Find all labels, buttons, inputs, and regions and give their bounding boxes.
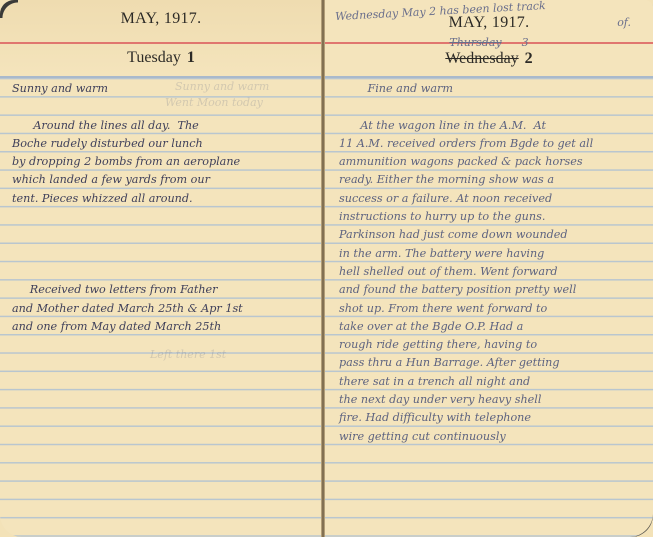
entry-line: in the arm. The battery were having: [339, 245, 653, 263]
entry-line: which landed a few yards from our: [12, 171, 322, 189]
entry-line: rough ride getting there, having to: [339, 336, 653, 354]
red-header-rule: [0, 42, 322, 44]
day-heading: Wednesday2: [325, 50, 653, 68]
diary-spread: MAY, 1917. Tuesday1 Sunny and warm Went …: [0, 0, 653, 537]
overwritten-day-name: Thursday: [449, 36, 501, 49]
month-header: MAY, 1917.: [0, 10, 322, 28]
entry-line: At the wagon line in the A.M. At: [339, 117, 653, 135]
handwritten-day-correction: Thursday3: [325, 36, 653, 49]
diary-entry: Sunny and warm Around the lines all day.…: [12, 80, 322, 336]
entry-line: wire getting cut continuously: [339, 428, 653, 446]
day-heading: Tuesday1: [0, 49, 322, 67]
entry-line: [339, 98, 653, 116]
entry-line: [12, 226, 322, 244]
blue-header-rule: [325, 76, 653, 78]
day-number: 2: [525, 50, 533, 67]
diary-entry: Fine and warm At the wagon line in the A…: [339, 80, 653, 446]
entry-line: tent. Pieces whizzed all around.: [12, 190, 322, 208]
entry-line: success or a failure. At noon received: [339, 190, 653, 208]
entry-line: instructions to hurry up to the guns.: [339, 208, 653, 226]
entry-line: fire. Had difficulty with telephone: [339, 409, 653, 427]
entry-line: Boche rudely disturbed our lunch: [12, 135, 322, 153]
entry-line: Received two letters from Father: [12, 281, 322, 299]
entry-line: and one from May dated March 25th: [12, 318, 322, 336]
day-name: Wednesday: [445, 50, 518, 67]
entry-line: ammunition wagons packed & pack horses: [339, 153, 653, 171]
day-name: Tuesday: [127, 49, 181, 66]
left-page: MAY, 1917. Tuesday1 Sunny and warm Went …: [0, 0, 322, 537]
entry-line: [12, 98, 322, 116]
entry-line: Fine and warm: [339, 80, 653, 98]
entry-line: there sat in a trench all night and: [339, 373, 653, 391]
entry-line: shot up. From there went forward to: [339, 300, 653, 318]
right-page: Wednesday May 2 has been lost track of. …: [325, 0, 653, 537]
entry-line: hell shelled out of them. Went forward: [339, 263, 653, 281]
entry-line: [12, 208, 322, 226]
blue-header-rule: [0, 76, 322, 78]
entry-line: [12, 245, 322, 263]
entry-line: and found the battery position pretty we…: [339, 281, 653, 299]
entry-line: Around the lines all day. The: [12, 117, 322, 135]
entry-line: Sunny and warm: [12, 80, 322, 98]
entry-line: the next day under very heavy shell: [339, 391, 653, 409]
entry-line: ready. Either the morning show was a: [339, 171, 653, 189]
entry-line: by dropping 2 bombs from an aeroplane: [12, 153, 322, 171]
bleed-through-text: Left there 1st: [150, 348, 226, 361]
entry-line: [12, 263, 322, 281]
entry-line: take over at the Bgde O.P. Had a: [339, 318, 653, 336]
entry-line: 11 A.M. received orders from Bgde to get…: [339, 135, 653, 153]
entry-line: and Mother dated March 25th & Apr 1st: [12, 300, 322, 318]
entry-line: pass thru a Hun Barrage. After getting: [339, 354, 653, 372]
entry-line: Parkinson had just come down wounded: [339, 226, 653, 244]
day-number: 1: [187, 49, 195, 66]
overwritten-day-number: 3: [522, 36, 529, 49]
month-header: MAY, 1917.: [325, 14, 653, 32]
